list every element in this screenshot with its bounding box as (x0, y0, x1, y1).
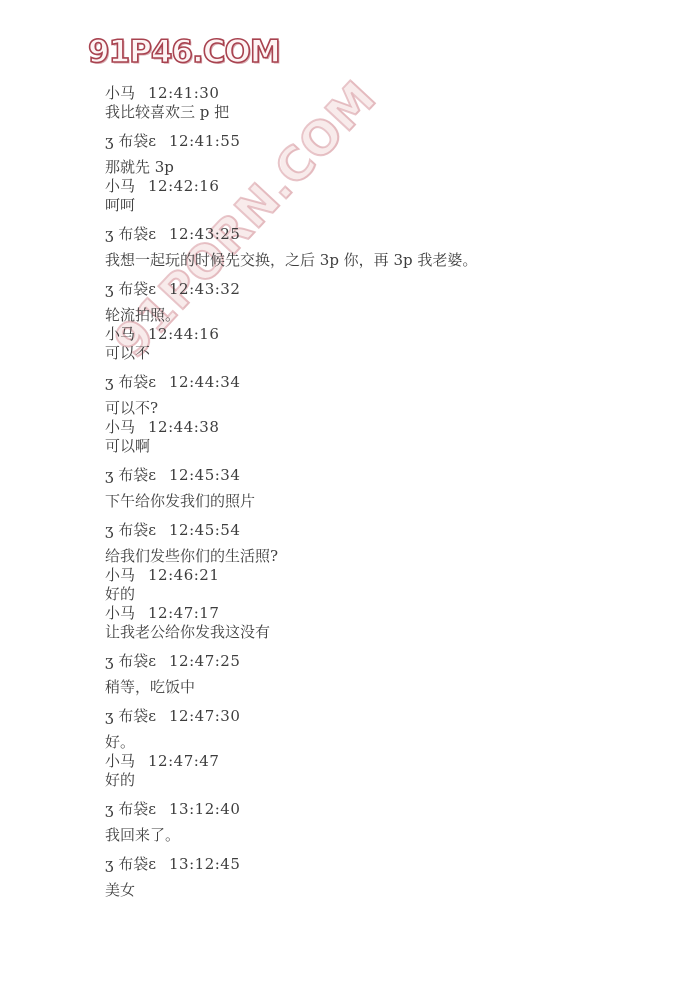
message-text: 美女 (105, 881, 665, 900)
message-text: 让我老公给你发我这没有 (105, 623, 665, 642)
message-time: 12:46:21 (148, 566, 219, 584)
sender-name: 小马 (105, 604, 135, 622)
message-text: 可以啊 (105, 437, 665, 456)
message-time: 12:45:54 (169, 521, 240, 539)
sender-name: 小马 (105, 84, 135, 102)
message-header: 小马12:47:17 (105, 604, 665, 623)
sender-name: 小马 (105, 325, 135, 343)
sender-name: ʒ 布袋ɛ (105, 225, 156, 243)
sender-name: ʒ 布袋ɛ (105, 707, 156, 725)
message-header: ʒ 布袋ɛ12:41:55 (105, 132, 665, 151)
sender-name: ʒ 布袋ɛ (105, 800, 156, 818)
sender-name: 小马 (105, 177, 135, 195)
chat-log: 小马12:41:30我比较喜欢三 p 把ʒ 布袋ɛ12:41:55那就先 3p小… (105, 84, 665, 900)
message-header: 小马12:41:30 (105, 84, 665, 103)
message-header: ʒ 布袋ɛ12:47:25 (105, 652, 665, 671)
message-time: 12:47:25 (169, 652, 240, 670)
message-text: 呵呵 (105, 196, 665, 215)
sender-name: ʒ 布袋ɛ (105, 373, 156, 391)
message-time: 12:42:16 (148, 177, 219, 195)
sender-name: ʒ 布袋ɛ (105, 855, 156, 873)
message-header: ʒ 布袋ɛ12:43:32 (105, 280, 665, 299)
message-text: 好的 (105, 771, 665, 790)
message-time: 12:43:32 (169, 280, 240, 298)
message-time: 12:47:17 (148, 604, 219, 622)
message-header: ʒ 布袋ɛ12:47:30 (105, 707, 665, 726)
sender-name: 小马 (105, 752, 135, 770)
message-time: 13:12:40 (169, 800, 240, 818)
message-header: 小马12:46:21 (105, 566, 665, 585)
message-text: 我想一起玩的时候先交换，之后 3p 你，再 3p 我老婆。 (105, 251, 665, 270)
message-time: 12:45:34 (169, 466, 240, 484)
message-text: 稍等，吃饭中 (105, 678, 665, 697)
site-logo: 91P46.COM (88, 34, 280, 70)
message-text: 轮流拍照。 (105, 306, 665, 325)
message-text: 那就先 3p (105, 158, 665, 177)
message-time: 12:47:47 (148, 752, 219, 770)
message-header: ʒ 布袋ɛ12:45:54 (105, 521, 665, 540)
message-time: 13:12:45 (169, 855, 240, 873)
message-time: 12:43:25 (169, 225, 240, 243)
message-header: ʒ 布袋ɛ12:44:34 (105, 373, 665, 392)
message-header: 小马12:47:47 (105, 752, 665, 771)
sender-name: 小马 (105, 566, 135, 584)
sender-name: 小马 (105, 418, 135, 436)
chat-log-page: 91P46.COM 91PORN.COM 小马12:41:30我比较喜欢三 p … (0, 0, 700, 991)
message-text: 下午给你发我们的照片 (105, 492, 665, 511)
message-text: 好。 (105, 733, 665, 752)
message-text: 好的 (105, 585, 665, 604)
message-header: ʒ 布袋ɛ13:12:40 (105, 800, 665, 819)
message-header: ʒ 布袋ɛ12:45:34 (105, 466, 665, 485)
message-time: 12:41:30 (148, 84, 219, 102)
message-header: 小马12:42:16 (105, 177, 665, 196)
message-text: 可以不? (105, 399, 665, 418)
sender-name: ʒ 布袋ɛ (105, 521, 156, 539)
message-time: 12:44:38 (148, 418, 219, 436)
message-time: 12:47:30 (169, 707, 240, 725)
message-header: 小马12:44:38 (105, 418, 665, 437)
message-text: 给我们发些你们的生活照? (105, 547, 665, 566)
sender-name: ʒ 布袋ɛ (105, 280, 156, 298)
message-time: 12:44:16 (148, 325, 219, 343)
message-time: 12:44:34 (169, 373, 240, 391)
sender-name: ʒ 布袋ɛ (105, 652, 156, 670)
message-text: 我回来了。 (105, 826, 665, 845)
message-header: 小马12:44:16 (105, 325, 665, 344)
message-time: 12:41:55 (169, 132, 240, 150)
message-header: ʒ 布袋ɛ13:12:45 (105, 855, 665, 874)
message-header: ʒ 布袋ɛ12:43:25 (105, 225, 665, 244)
message-text: 我比较喜欢三 p 把 (105, 103, 665, 122)
sender-name: ʒ 布袋ɛ (105, 132, 156, 150)
message-text: 可以不 (105, 344, 665, 363)
sender-name: ʒ 布袋ɛ (105, 466, 156, 484)
